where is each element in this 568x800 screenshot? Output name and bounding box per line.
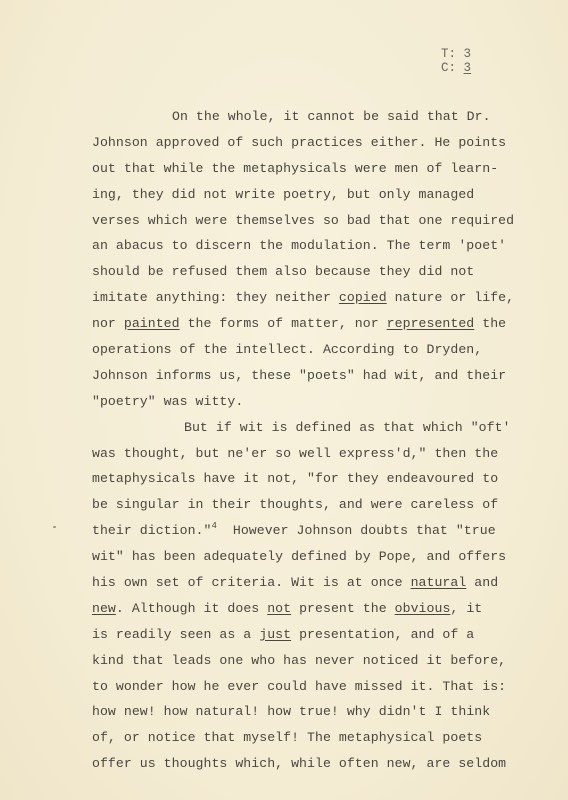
margin-mark <box>53 526 56 528</box>
text-segment: nature or life, <box>387 290 514 305</box>
text-line: was thought, but ne'er so well express'd… <box>92 441 532 467</box>
text-segment: out that while the metaphysicals were me… <box>92 161 498 176</box>
underlined-word: new <box>92 601 116 616</box>
text-segment: is readily seen as a <box>92 627 259 642</box>
text-segment: should be refused them also because they… <box>92 264 474 279</box>
text-segment: an abacus to discern the modulation. The… <box>92 238 506 253</box>
text-line: Johnson approved of such practices eithe… <box>92 130 532 156</box>
underlined-word: copied <box>339 290 387 305</box>
text-segment: metaphysicals have it not, "for they end… <box>92 471 498 486</box>
text-line: verses which were themselves so bad that… <box>92 208 532 234</box>
text-segment: present the <box>291 601 395 616</box>
text-line: their diction."4 However Johnson doubts … <box>92 518 532 544</box>
text-segment: to wonder how he ever could have missed … <box>92 679 506 694</box>
text-line: of, or notice that myself! The metaphysi… <box>92 725 532 751</box>
text-line: On the whole, it cannot be said that Dr. <box>92 104 532 130</box>
text-segment: verses which were themselves so bad that… <box>92 213 514 228</box>
text-segment: the <box>474 316 506 331</box>
underlined-word: obvious <box>395 601 451 616</box>
text-line: nor painted the forms of matter, nor rep… <box>92 311 532 337</box>
underlined-word: just <box>259 627 291 642</box>
t-value: 3 <box>464 47 472 61</box>
c-value: 3 <box>464 61 472 75</box>
text-line: his own set of criteria. Wit is at once … <box>92 570 532 596</box>
text-segment: kind that leads one who has never notice… <box>92 653 506 668</box>
text-line: to wonder how he ever could have missed … <box>92 674 532 700</box>
text-line: should be refused them also because they… <box>92 259 532 285</box>
text-segment: and <box>466 575 498 590</box>
underlined-word: represented <box>387 316 475 331</box>
text-segment: his own set of criteria. Wit is at once <box>92 575 411 590</box>
text-line: ing, they did not write poetry, but only… <box>92 182 532 208</box>
text-line: kind that leads one who has never notice… <box>92 648 532 674</box>
text-segment: On the whole, it cannot be said that Dr. <box>172 109 491 124</box>
text-segment: "poetry" was witty. <box>92 394 243 409</box>
text-line: is readily seen as a just presentation, … <box>92 622 532 648</box>
text-segment: Johnson approved of such practices eithe… <box>92 135 506 150</box>
text-segment: offer us thoughts which, while often new… <box>92 756 506 771</box>
underlined-word: not <box>267 601 291 616</box>
text-segment: how new! how natural! how true! why didn… <box>92 704 490 719</box>
text-line: metaphysicals have it not, "for they end… <box>92 466 532 492</box>
page-markers: T: 3 C: 3 <box>441 47 471 75</box>
underlined-word: painted <box>124 316 180 331</box>
text-line: imitate anything: they neither copied na… <box>92 285 532 311</box>
text-segment: . Although it does <box>116 601 267 616</box>
text-segment: , it <box>450 601 482 616</box>
text-segment: presentation, and of a <box>291 627 474 642</box>
text-segment: was thought, but ne'er so well express'd… <box>92 446 498 461</box>
text-line: "poetry" was witty. <box>92 389 532 415</box>
text-segment: wit" has been adequately defined by Pope… <box>92 549 506 564</box>
text-segment: be singular in their thoughts, and were … <box>92 497 498 512</box>
underlined-word: natural <box>411 575 467 590</box>
c-marker: C: 3 <box>441 61 471 75</box>
c-label: C: <box>441 61 456 75</box>
text-line: Johnson informs us, these "poets" had wi… <box>92 363 532 389</box>
text-line: wit" has been adequately defined by Pope… <box>92 544 532 570</box>
text-line: be singular in their thoughts, and were … <box>92 492 532 518</box>
text-segment: However Johnson doubts that "true <box>217 523 496 538</box>
typewritten-page: T: 3 C: 3 On the whole, it cannot be sai… <box>0 0 568 800</box>
text-segment: imitate anything: they neither <box>92 290 339 305</box>
text-line: offer us thoughts which, while often new… <box>92 751 532 777</box>
text-segment: ing, they did not write poetry, but only… <box>92 187 474 202</box>
text-segment: their diction." <box>92 523 211 538</box>
t-label: T: <box>441 47 456 61</box>
text-line: how new! how natural! how true! why didn… <box>92 699 532 725</box>
t-marker: T: 3 <box>441 47 471 61</box>
text-line: But if wit is defined as that which "oft… <box>92 415 532 441</box>
text-segment: But if wit is defined as that which "oft… <box>184 420 511 435</box>
text-line: an abacus to discern the modulation. The… <box>92 233 532 259</box>
body-text: On the whole, it cannot be said that Dr.… <box>92 104 532 777</box>
text-line: operations of the intellect. According t… <box>92 337 532 363</box>
text-segment: of, or notice that myself! The metaphysi… <box>92 730 482 745</box>
text-line: out that while the metaphysicals were me… <box>92 156 532 182</box>
text-line: new. Although it does not present the ob… <box>92 596 532 622</box>
text-segment: the forms of matter, nor <box>180 316 387 331</box>
text-segment: operations of the intellect. According t… <box>92 342 482 357</box>
text-segment: nor <box>92 316 124 331</box>
text-segment: Johnson informs us, these "poets" had wi… <box>92 368 506 383</box>
